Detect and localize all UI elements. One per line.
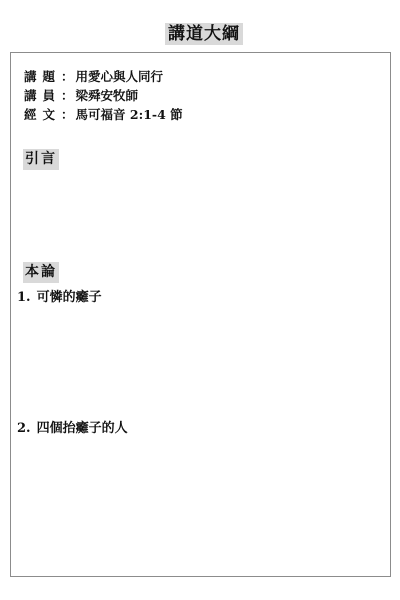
point-text: 可憐的癱子 [37,290,102,305]
meta-label-topic: 講題 [24,67,61,86]
point-number: 1. [17,289,31,307]
meta-label-scripture: 經文 [24,105,61,124]
point-text: 四個抬癱子的人 [37,421,128,436]
meta-value-scripture: 馬可福音 2:1-4 節 [76,107,183,122]
meta-row-scripture: 經文：馬可福音 2:1-4 節 [24,105,183,124]
outline-point-1: 1.可憐的癱子 [17,289,102,307]
outline-point-2: 2.四個抬癱子的人 [17,420,128,438]
sermon-meta: 講題：用愛心與人同行 講員：梁舜安牧師 經文：馬可福音 2:1-4 節 [24,67,183,124]
meta-label-speaker: 講員 [24,86,61,105]
document-title: 講道大綱 [165,23,243,45]
meta-colon: ： [61,67,74,86]
outline-box: 講題：用愛心與人同行 講員：梁舜安牧師 經文：馬可福音 2:1-4 節 引言 本… [10,52,391,577]
section-heading-intro: 引言 [23,149,59,170]
meta-row-topic: 講題：用愛心與人同行 [24,67,183,86]
point-number: 2. [17,420,31,438]
meta-colon: ： [61,86,74,105]
section-heading-body: 本論 [23,262,59,283]
meta-row-speaker: 講員：梁舜安牧師 [24,86,183,105]
meta-value-speaker: 梁舜安牧師 [76,88,139,103]
meta-colon: ： [61,105,74,124]
meta-value-topic: 用愛心與人同行 [76,69,164,84]
